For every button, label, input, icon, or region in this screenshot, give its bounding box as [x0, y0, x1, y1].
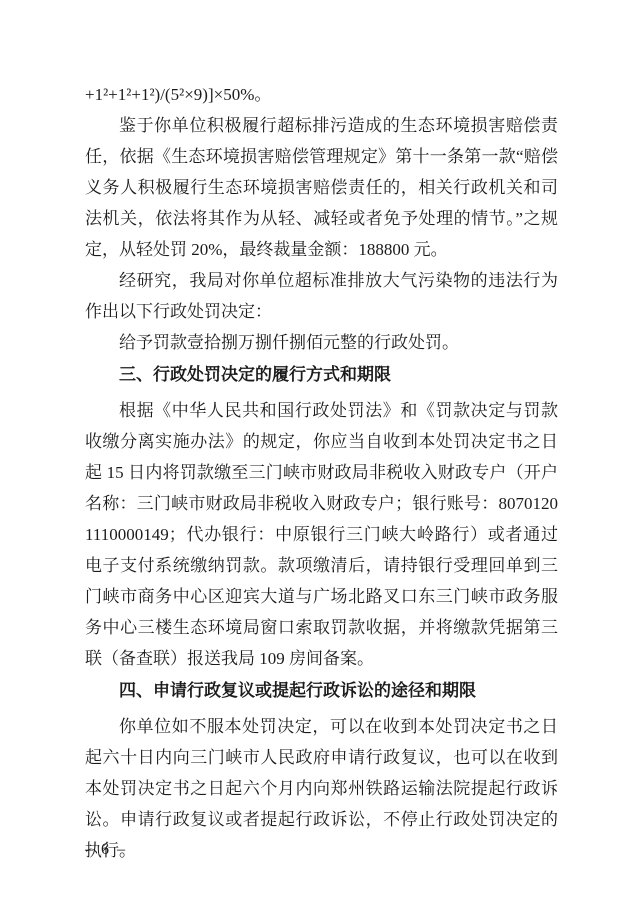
formula-continuation-text: +1²+1²+1²)/(5²×9)]×50%。	[85, 79, 558, 110]
section-heading-performance-method: 三、行政处罚决定的履行方式和期限	[85, 359, 558, 390]
section-heading-appeal-litigation: 四、申请行政复议或提起行政诉讼的途径和期限	[85, 675, 558, 706]
paragraph-appeal-rights: 你单位如不服本处罚决定，可以在收到本处罚决定书之日起六十日内向三门峡市人民政府申…	[85, 711, 558, 866]
document-page: +1²+1²+1²)/(5²×9)]×50%。 鉴于你单位积极履行超标排污造成的…	[85, 79, 558, 866]
paragraph-penalty-amount: 给予罚款壹拾捌万捌仟捌佰元整的行政处罚。	[85, 327, 558, 358]
paragraph-decision-intro: 经研究，我局对你单位超标准排放大气污染物的违法行为作出以下行政处罚决定：	[85, 265, 558, 327]
paragraph-payment-instructions: 根据《中华人民共和国行政处罚法》和《罚款决定与罚款收缴分离实施办法》的规定，你应…	[85, 395, 558, 674]
paragraph-mitigation-discretion: 鉴于你单位积极履行超标排污造成的生态环境损害赔偿责任，依据《生态环境损害赔偿管理…	[85, 110, 558, 265]
page-number: – 6 –	[85, 838, 127, 862]
